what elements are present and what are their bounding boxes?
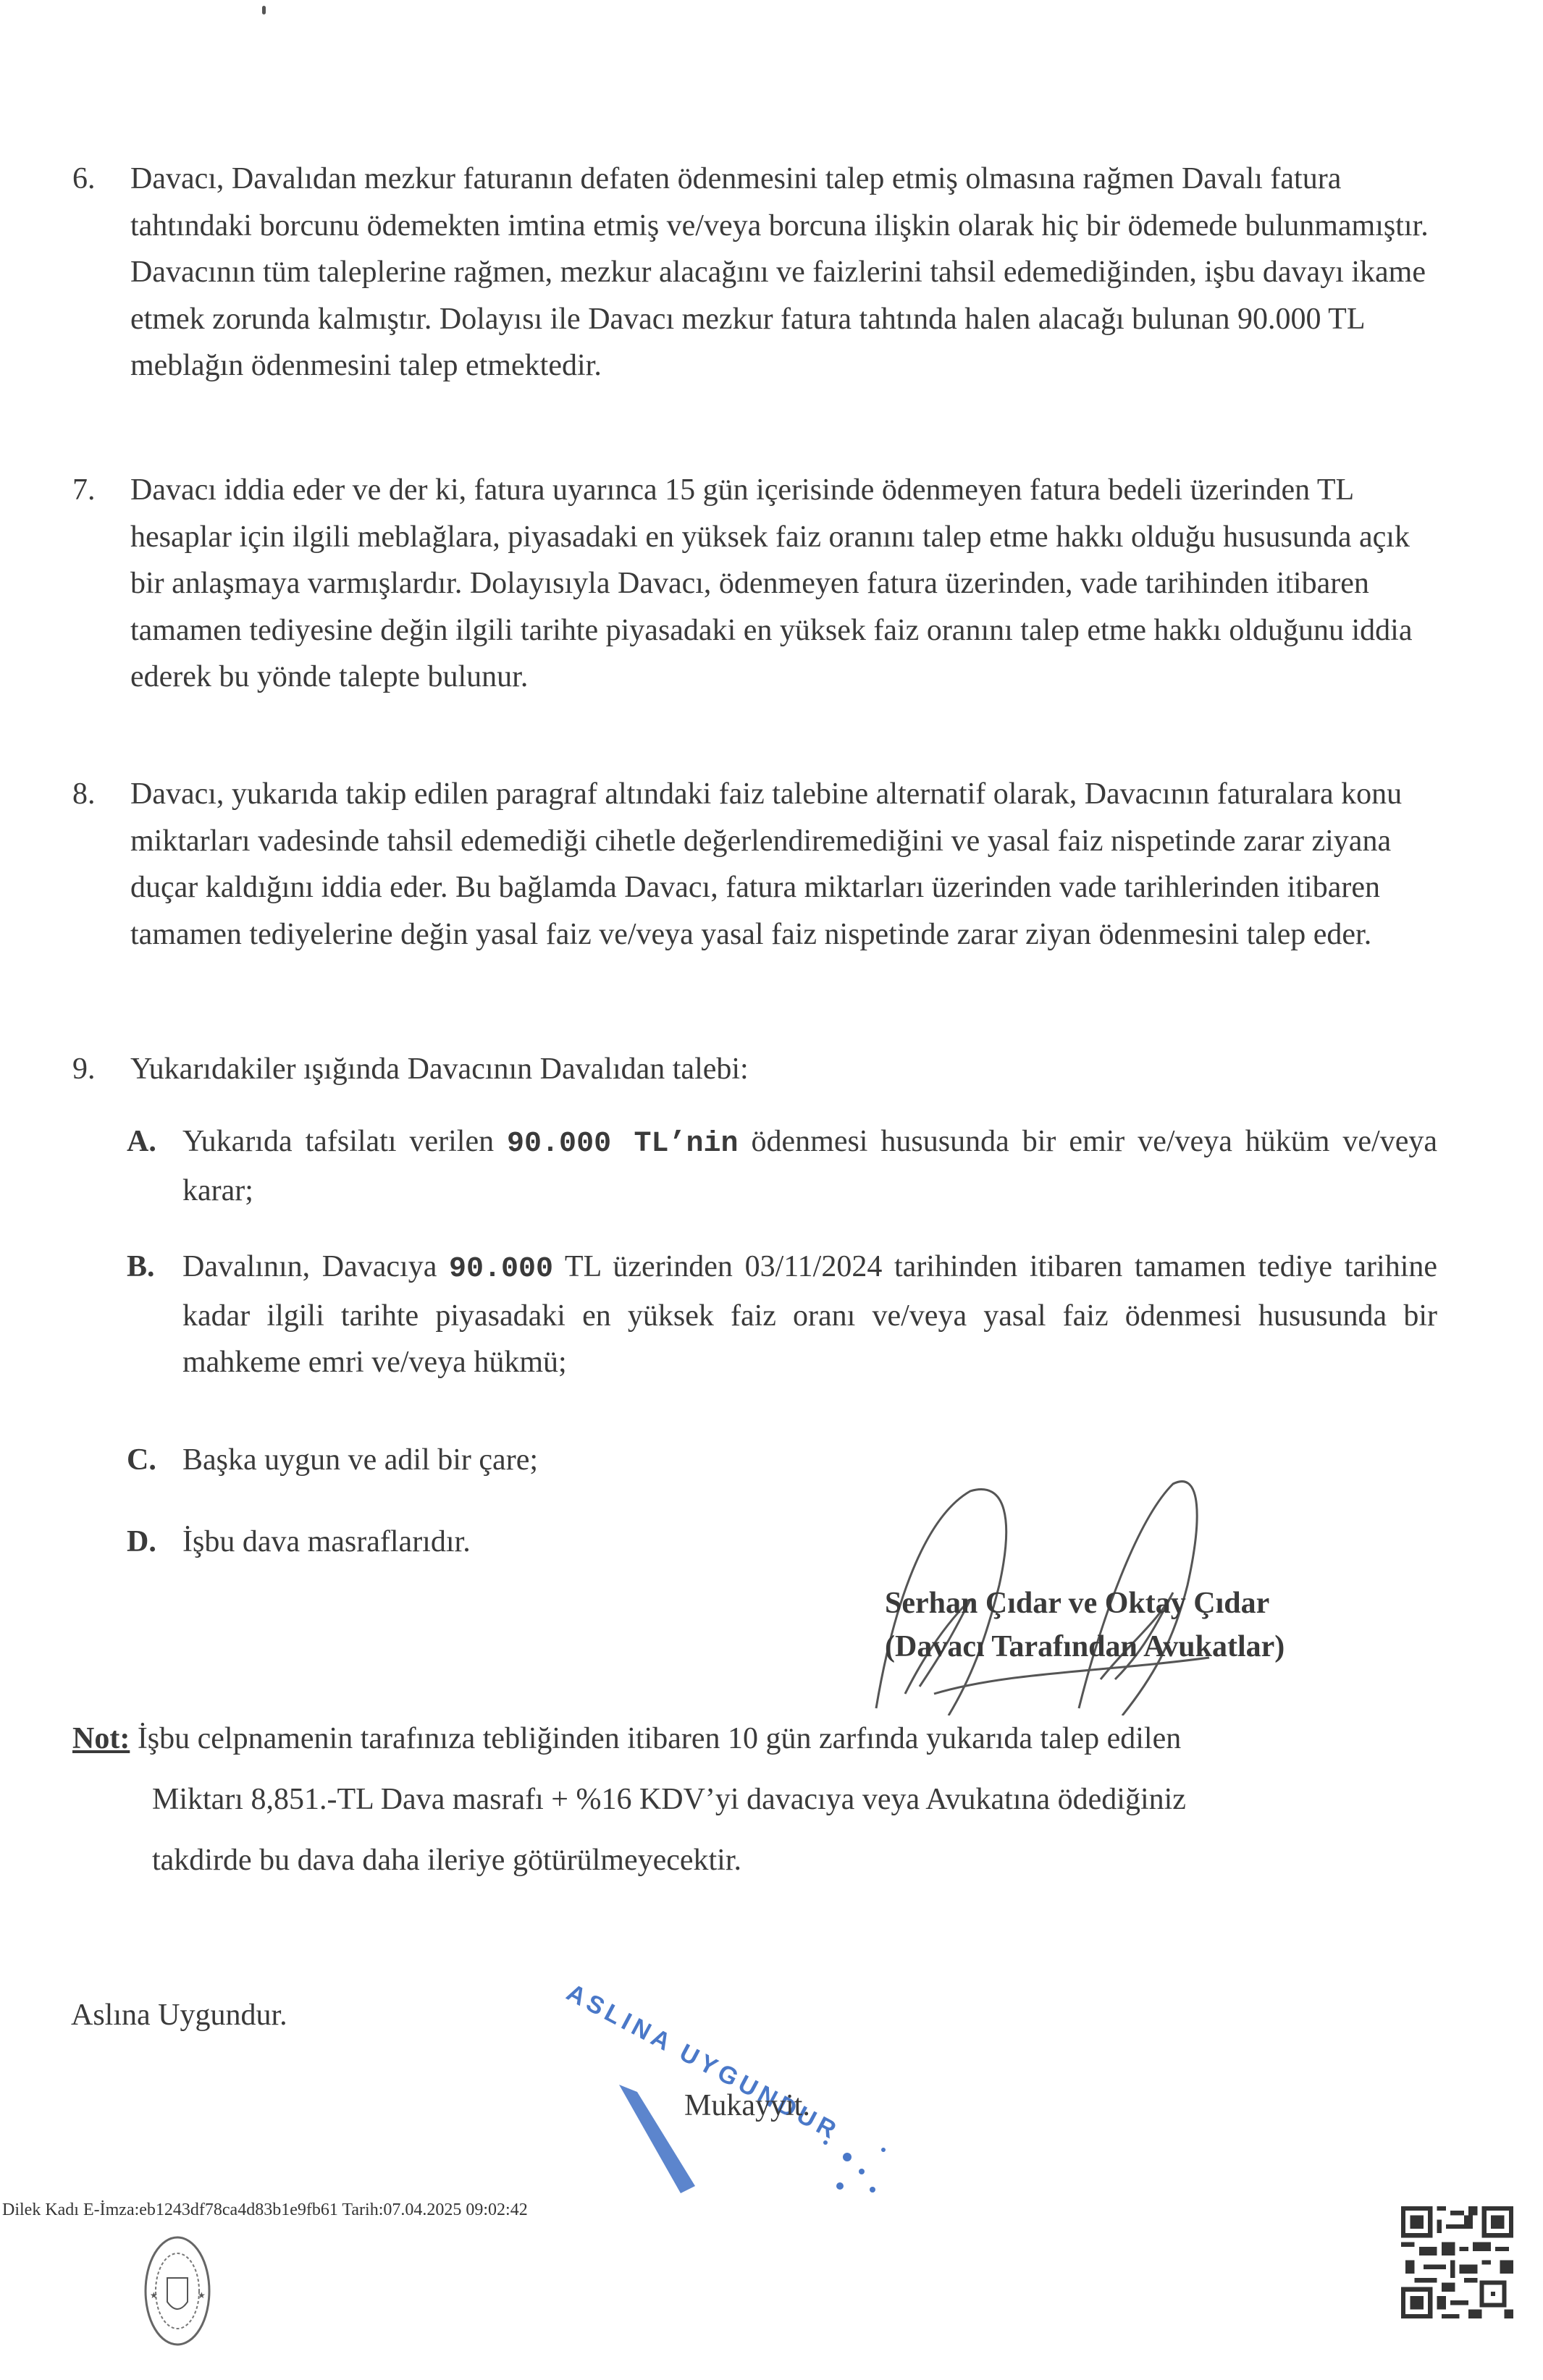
paragraph-number: 8.: [72, 771, 123, 818]
request-a: A. Yukarıda tafsilatı verilen 90.000 TL’…: [127, 1118, 1437, 1214]
paragraph-number: 7.: [72, 467, 123, 514]
note-line-2: Miktarı 8,851.-TL Dava masrafı + %16 KDV…: [152, 1769, 1448, 1830]
request-letter: A.: [127, 1118, 156, 1165]
request-amount: 90.000 TL’nin: [507, 1128, 739, 1160]
paragraph-text: Davacı, Davalıdan mezkur faturanın defat…: [130, 156, 1448, 389]
paragraph-7: 7. Davacı iddia eder ve der ki, fatura u…: [72, 467, 1448, 701]
request-b: B. Davalının, Davacıya 90.000 TL üzerind…: [127, 1244, 1437, 1385]
request-letter: D.: [127, 1519, 156, 1565]
paragraph-9: 9. Yukarıdakiler ışığında Davacının Dava…: [72, 1046, 1448, 1093]
paragraph-text: Yukarıdakiler ışığında Davacının Davalıd…: [130, 1046, 1448, 1093]
note-line-1: İşbu celpnamenin tarafınıza tebliğinden …: [130, 1722, 1181, 1755]
request-amount: 90.000: [449, 1253, 553, 1286]
clerk-title: Mukayyit.: [684, 2088, 810, 2123]
signatory-names: Serhan Çıdar ve Oktay Çıdar: [885, 1582, 1285, 1625]
paragraph-text: Davacı, yukarıda takip edilen paragraf a…: [130, 771, 1448, 958]
request-text: Davalının, Davacıya: [182, 1250, 449, 1283]
request-letter: B.: [127, 1244, 155, 1290]
e-signature-line: Dilek Kadı E-İmza:eb1243df78ca4d83b1e9fb…: [2, 2200, 528, 2220]
paragraph-8: 8. Davacı, yukarıda takip edilen paragra…: [72, 771, 1448, 958]
note-block: Not: İşbu celpnamenin tarafınıza tebliği…: [72, 1708, 1448, 1891]
svg-text:★: ★: [198, 2290, 206, 2300]
signatory-role: (Davacı Tarafından Avukatlar): [885, 1625, 1285, 1668]
paragraph-6: 6. Davacı, Davalıdan mezkur faturanın de…: [72, 156, 1448, 389]
svg-text:★: ★: [150, 2290, 158, 2300]
scan-artifact: [262, 6, 266, 14]
document-page: 6. Davacı, Davalıdan mezkur faturanın de…: [0, 0, 1543, 2380]
request-text: Yukarıda tafsilatı verilen: [182, 1125, 507, 1158]
certification-text: Aslına Uygundur.: [71, 1998, 287, 2033]
request-letter: C.: [127, 1437, 156, 1483]
paragraph-number: 9.: [72, 1046, 123, 1093]
note-line-3: takdirde bu dava daha ileriye götürülmey…: [152, 1830, 1448, 1891]
signatories: Serhan Çıdar ve Oktay Çıdar (Davacı Tara…: [885, 1582, 1285, 1668]
paragraph-number: 6.: [72, 156, 123, 203]
court-seal-icon: ★ ★: [141, 2233, 214, 2349]
note-label: Not:: [72, 1722, 130, 1755]
qr-code-icon[interactable]: [1401, 2206, 1513, 2318]
paragraph-text: Davacı iddia eder ve der ki, fatura uyar…: [130, 467, 1448, 701]
